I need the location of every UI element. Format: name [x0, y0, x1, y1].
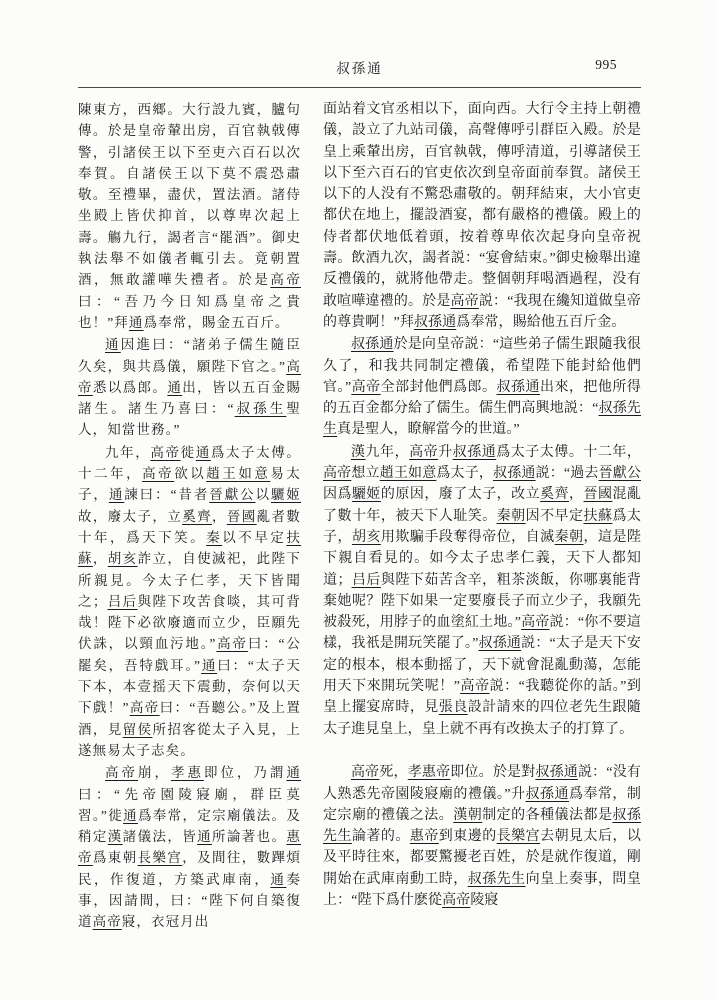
text-run: 九年， — [366, 445, 410, 460]
proper-noun-mark: 通 — [196, 445, 211, 460]
text-run: 欲以 — [174, 466, 206, 481]
text-run: ， — [212, 509, 227, 524]
text-run: 崩， — [138, 765, 171, 780]
proper-noun-mark: 高帝 — [351, 765, 379, 780]
book-page: 叔孫通 995 陳東方，西鄉。大行設九賓，臚句傳。於是皇帝輦出房，百官執戟傳警，… — [0, 0, 716, 1000]
translation-paragraph: 面站着文官丞相以下，面向西。大行令主持上朝禮儀，設立了九站司儀，高聲傳呼引群臣入… — [323, 99, 641, 333]
proper-noun-mark: 高帝 — [442, 893, 470, 908]
running-header: 叔孫通 995 — [78, 57, 641, 78]
text-run: ， — [93, 551, 108, 566]
proper-noun-mark: 高帝 — [216, 636, 247, 651]
proper-noun-mark: 晉獻公 — [209, 487, 255, 502]
proper-noun-mark: 長樂宫 — [497, 829, 540, 844]
translation-paragraph: 漢九年，高帝升叔孫通爲太子太傅。十二年，高帝想立趙王如意爲太子，叔孫通説：“過去… — [323, 442, 641, 740]
proper-noun-mark: 孝惠 — [171, 765, 204, 780]
proper-noun-mark: 驪姬 — [271, 487, 301, 502]
text-run: 論著的。 — [352, 829, 410, 844]
text-run: 死， — [379, 765, 407, 780]
text-run: 陵寢 — [470, 893, 498, 908]
proper-noun-mark: 通 — [109, 487, 124, 502]
proper-noun-mark: 吕后 — [352, 573, 381, 588]
text-run: 爲太子太傅。十二年， — [496, 445, 641, 460]
proper-noun-mark: 孝惠帝 — [408, 765, 451, 780]
proper-noun-mark: 漢 — [108, 829, 123, 844]
text-run: 因不早定 — [526, 509, 584, 524]
text-run: 的原因，廢了太子，改立 — [381, 487, 540, 502]
proper-noun-mark: 高帝 — [142, 466, 174, 481]
proper-noun-mark: 叔孫生 — [235, 401, 287, 416]
text-run: 説：“過去 — [536, 466, 599, 481]
proper-noun-mark: 高帝 — [409, 445, 438, 460]
original-paragraph: 通因進曰：“諸弟子儒生隨臣久矣，與共爲儀，願陛下官之。”高帝悉以爲郎。通出，皆以… — [78, 334, 301, 440]
proper-noun-mark: 通 — [201, 658, 217, 673]
original-paragraph: 九年，高帝徙通爲太子太傅。十二年，高帝欲以趙王如意易太子，通諫曰：“昔者晉獻公以… — [78, 442, 301, 761]
proper-noun-mark: 扶蘇 — [584, 509, 613, 524]
text-run: 面站着文官丞相以下，面向西。大行令主持上朝禮儀，設立了九站司儀，高聲傳呼引群臣入… — [323, 102, 641, 309]
text-run: 因爲 — [323, 487, 352, 502]
proper-noun-mark: 秦朝 — [497, 509, 526, 524]
text-run: 以 — [256, 487, 271, 502]
proper-noun-mark: 高帝 — [270, 272, 301, 287]
proper-noun-mark: 驪姬 — [352, 487, 381, 502]
text-run: 悉以爲郎。 — [93, 380, 167, 395]
parallel-text-grid: 陳東方，西鄉。大行設九賓，臚句傳。於是皇帝輦出房，百官執戟傳警，引諸侯王以下至吏… — [78, 99, 641, 933]
proper-noun-mark: 高帝 — [460, 679, 490, 694]
proper-noun-mark: 胡亥 — [352, 530, 381, 545]
text-run: 用欺騙手段奪得帝位，自滅 — [381, 530, 555, 545]
text-run: 全部封他們爲郎。 — [381, 380, 497, 395]
proper-noun-mark: 高帝 — [323, 466, 351, 481]
proper-noun-mark: 晉獻公 — [599, 466, 641, 481]
proper-noun-mark: 叔孫通 — [497, 380, 540, 395]
text-run: 到東邊的 — [439, 829, 497, 844]
proper-noun-mark: 漢 — [351, 445, 366, 460]
text-run: 爲奉常，賜給他五百斤金。 — [456, 315, 625, 330]
proper-noun-mark: 如意 — [238, 466, 270, 481]
text-run: 徙 — [181, 445, 196, 460]
proper-noun-mark: 高帝 — [451, 294, 479, 309]
proper-noun-mark: 胡亥 — [108, 551, 138, 566]
text-run: 即位。於是對 — [450, 765, 535, 780]
proper-noun-mark: 高帝 — [150, 445, 180, 460]
proper-noun-mark: 晉國 — [584, 487, 613, 502]
proper-noun-mark: 叔孫先生 — [468, 872, 526, 887]
proper-noun-mark: 高帝 — [105, 765, 138, 780]
text-run: 制定的各種儀法都是 — [482, 808, 612, 823]
proper-noun-mark: 秦 — [206, 530, 222, 545]
proper-noun-mark: 高帝 — [521, 615, 549, 630]
proper-noun-mark: 高帝 — [130, 700, 160, 715]
proper-noun-mark: 趙王 — [206, 466, 238, 481]
proper-noun-mark: 如意 — [408, 466, 436, 481]
text-run: 升 — [438, 445, 453, 460]
proper-noun-mark: 通 — [105, 337, 121, 352]
original-paragraph: 陳東方，西鄉。大行設九賓，臚句傳。於是皇帝輦出房，百官執戟傳警，引諸侯王以下至吏… — [78, 99, 301, 333]
proper-noun-mark: 奚齊 — [182, 509, 212, 524]
text-run: 寢，衣冠月出 — [122, 914, 210, 929]
proper-noun-mark: 惠帝 — [410, 829, 439, 844]
proper-noun-mark: 通 — [286, 765, 301, 780]
proper-noun-mark: 叔孫通 — [535, 765, 578, 780]
original-paragraph: 高帝崩，孝惠即位，乃謂通曰：“先帝園陵寢廟，群臣莫習。”徙通爲奉常，定宗廟儀法。… — [78, 762, 301, 932]
header-rule — [78, 87, 641, 88]
text-run: ， — [569, 487, 583, 502]
proper-noun-mark: 吕后 — [108, 594, 138, 609]
proper-noun-mark: 留侯 — [123, 722, 153, 737]
text-run: 諸儀法，皆 — [123, 829, 197, 844]
proper-noun-mark: 叔孫通 — [526, 787, 569, 802]
proper-noun-mark: 趙王 — [380, 466, 408, 481]
text-run: 所論著也。 — [212, 829, 286, 844]
proper-noun-mark: 晉國 — [227, 509, 257, 524]
text-run: 真是聖人，瞭解當今的世道。” — [337, 422, 520, 437]
text-run: 陳東方，西鄉。大行設九賓，臚句傳。於是皇帝輦出房，百官執戟傳警，引諸侯王以下至吏… — [78, 102, 301, 287]
proper-noun-mark: 張良 — [439, 700, 468, 715]
proper-noun-mark: 通 — [167, 380, 182, 395]
text-run: 諫曰：“昔者 — [124, 487, 209, 502]
proper-noun-mark: 奚齊 — [540, 487, 569, 502]
proper-noun-mark: 秦朝 — [555, 530, 584, 545]
proper-noun-mark: 通 — [123, 808, 138, 823]
proper-noun-mark: 叔孫通 — [478, 636, 521, 651]
proper-noun-mark: 通 — [270, 872, 286, 887]
text-run: 爲奉常，賜金五百斤。 — [144, 315, 290, 330]
text-run: 即位，乃謂 — [204, 765, 286, 780]
text-run: 九年， — [105, 445, 150, 460]
text-run: 以不早定 — [222, 530, 286, 545]
text-run: 想立 — [351, 466, 379, 481]
proper-noun-mark: 漢朝 — [453, 808, 482, 823]
proper-noun-mark: 叔孫通 — [351, 337, 394, 352]
proper-noun-mark: 高帝 — [351, 380, 380, 395]
proper-noun-mark: 叔孫通 — [493, 466, 536, 481]
text-run: 爲東朝 — [93, 850, 138, 865]
proper-noun-mark: 通 — [197, 829, 212, 844]
proper-noun-mark: 叔孫通 — [414, 315, 456, 330]
text-run: 爲太子， — [436, 466, 493, 481]
proper-noun-mark: 叔孫通 — [453, 445, 497, 460]
proper-noun-mark: 通 — [129, 315, 144, 330]
proper-noun-mark: 長樂宫 — [138, 850, 183, 865]
translation-paragraph: 叔孫通於是向皇帝説：“這些弟子儒生跟隨我很久了，和我共同制定禮儀，希望陛下能封給… — [323, 334, 641, 440]
proper-noun-mark: 高帝 — [93, 914, 122, 929]
chapter-title: 叔孫通 — [336, 57, 383, 77]
translation-paragraph: 高帝死，孝惠帝即位。於是對叔孫通説：“没有人熟悉先帝園陵寢廟的禮儀。”升叔孫通爲… — [323, 762, 641, 911]
text-run: 故，廢太子，立 — [78, 509, 182, 524]
page-number: 995 — [595, 57, 617, 73]
